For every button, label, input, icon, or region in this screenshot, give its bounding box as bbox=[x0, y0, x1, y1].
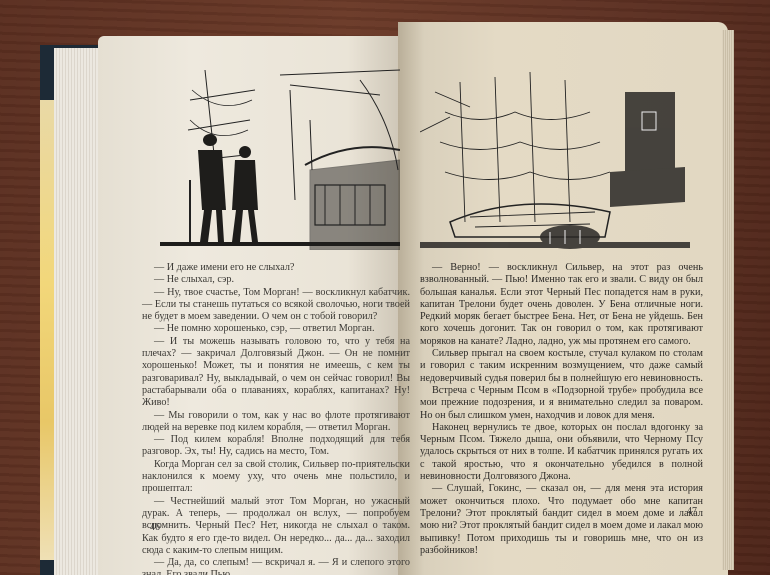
paragraph: Сильвер прыгал на своем костыле, стучал … bbox=[420, 348, 703, 385]
paragraph: — И ты можешь называть головою то, что у… bbox=[142, 336, 410, 410]
paragraph: — Честнейший малый этот Том Морган, но у… bbox=[142, 496, 410, 557]
book-cover-spine-art bbox=[40, 100, 54, 560]
paragraph: Встреча с Черным Псом в «Подзорной трубе… bbox=[420, 385, 703, 422]
page-number-left: 46 bbox=[150, 522, 160, 533]
left-page-text: — И даже имени его не слыхал? — Не слыха… bbox=[142, 262, 410, 575]
page-number-right: 47 bbox=[687, 506, 697, 517]
dock-scene-icon bbox=[160, 60, 400, 250]
paragraph: — Да, да, со слепым! — вскричал я. — Я и… bbox=[142, 557, 410, 575]
right-illustration bbox=[420, 72, 690, 252]
paragraph: — Ну, твое счастье, Том Морган! — воскли… bbox=[142, 287, 410, 324]
paragraph: — Не слыхал, сэр. bbox=[142, 274, 410, 286]
left-illustration bbox=[160, 60, 400, 250]
paragraph: — Мы говорили о том, как у нас во флоте … bbox=[142, 410, 410, 435]
paragraph: Когда Морган сел за свой столик, Сильвер… bbox=[142, 459, 410, 496]
paragraph: — Слушай, Гокинс, — сказал он, — для мен… bbox=[420, 483, 703, 557]
paragraph: — И даже имени его не слыхал? bbox=[142, 262, 410, 274]
harbor-ships-icon bbox=[420, 72, 690, 252]
paragraph: — Не помню хорошенько, сэр, — ответил Мо… bbox=[142, 323, 410, 335]
paragraph: Наконец вернулись те двое, которых он по… bbox=[420, 422, 703, 483]
right-page-text: — Верно! — воскликнул Сильвер, на этот р… bbox=[420, 262, 703, 557]
page-edges-left bbox=[54, 48, 104, 575]
paragraph: — Верно! — воскликнул Сильвер, на этот р… bbox=[420, 262, 703, 348]
paragraph: — Под килем корабля! Вполне подходящий д… bbox=[142, 434, 410, 459]
page-edges-right bbox=[722, 30, 734, 570]
